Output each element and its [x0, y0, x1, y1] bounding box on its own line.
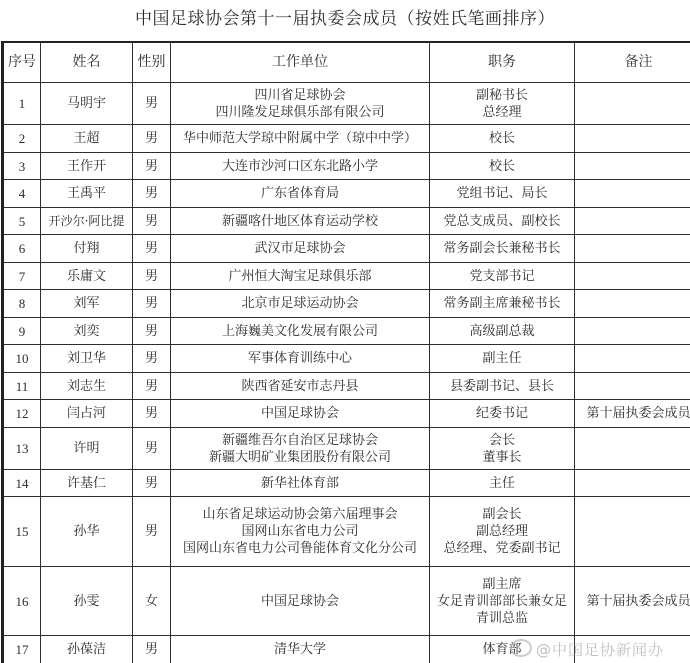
- cell-role: 主任: [430, 470, 575, 497]
- table-row: 14许基仁男新华社体育部主任: [3, 470, 690, 497]
- cell-unit: 广东省体育局: [171, 180, 430, 208]
- cell-unit: 华中师范大学琼中附属中学（琼中中学）: [171, 125, 430, 153]
- cell-role-line: 总经理、党委副书记: [430, 540, 574, 557]
- cell-num: 16: [3, 567, 41, 636]
- cell-num: 7: [3, 263, 41, 290]
- cell-name: 刘志生: [41, 373, 133, 400]
- cell-gender: 男: [133, 497, 171, 567]
- cell-unit-line: 新疆大明矿业集团股份有限公司: [171, 449, 429, 466]
- cell-unit-line: 中国足球协会: [171, 405, 429, 422]
- cell-gender: 男: [133, 153, 171, 180]
- cell-unit-line: 北京市足球运动协会: [171, 295, 429, 312]
- cell-unit: 新疆维吾尔自治区足球协会新疆大明矿业集团股份有限公司: [171, 428, 430, 470]
- cell-role-line: 党总支成员、副校长: [430, 213, 574, 230]
- cell-unit-line: 四川省足球协会: [171, 87, 429, 104]
- cell-unit: 陕西省延安市志丹县: [171, 373, 430, 400]
- cell-name: 刘军: [41, 290, 133, 318]
- cell-role-line: 董事长: [430, 449, 574, 466]
- cell-unit: 上海巍美文化发展有限公司: [171, 318, 430, 345]
- cell-name: 孙雯: [41, 567, 133, 636]
- cell-note: [575, 125, 690, 153]
- cell-unit-line: 清华大学: [171, 641, 429, 658]
- cell-role-line: 副总经理: [430, 523, 574, 540]
- cell-role-line: 副会长: [430, 506, 574, 523]
- cell-role-line: 高级副总裁: [430, 323, 574, 340]
- cell-num: 15: [3, 497, 41, 567]
- cell-role: 校长: [430, 125, 575, 153]
- cell-role-line: 副秘书长: [430, 87, 574, 104]
- cell-name: 王禹平: [41, 180, 133, 208]
- cell-role-line: 常务副会长兼秘书长: [430, 240, 574, 257]
- cell-num: 8: [3, 290, 41, 318]
- cell-note: [575, 263, 690, 290]
- cell-role: 党支部书记: [430, 263, 575, 290]
- table-row: 4王禹平男广东省体育局党组书记、局长: [3, 180, 690, 208]
- table-body: 1马明宇男四川省足球协会四川隆发足球俱乐部有限公司副秘书长总经理2王超男华中师范…: [3, 83, 690, 663]
- cell-note: 第十届执委会成员: [575, 400, 690, 428]
- table-row: 3王作开男大连市沙河口区东北路小学校长: [3, 153, 690, 180]
- header-role: 职务: [430, 42, 575, 83]
- cell-num: 9: [3, 318, 41, 345]
- table-row: 16孙雯女中国足球协会副主席女足青训部部长兼女足青训总监第十届执委会成员: [3, 567, 690, 636]
- cell-gender: 男: [133, 290, 171, 318]
- page-title: 中国足球协会第十一届执委会成员（按姓氏笔画排序）: [0, 4, 690, 29]
- cell-note: [575, 428, 690, 470]
- cell-unit-line: 国网山东省电力公司: [171, 523, 429, 540]
- cell-num: 2: [3, 125, 41, 153]
- cell-note: 第十届执委会成员: [575, 567, 690, 636]
- cell-role: 副秘书长总经理: [430, 83, 575, 125]
- cell-unit: 中国足球协会: [171, 400, 430, 428]
- cell-unit: 清华大学: [171, 636, 430, 663]
- cell-role: 副会长副总经理总经理、党委副书记: [430, 497, 575, 567]
- cell-num: 11: [3, 373, 41, 400]
- cell-unit: 军事体育训练中心: [171, 345, 430, 373]
- cell-role: 副主任: [430, 345, 575, 373]
- cell-gender: 男: [133, 373, 171, 400]
- cell-name: 闫占河: [41, 400, 133, 428]
- header-unit: 工作单位: [171, 42, 430, 83]
- cell-num: 14: [3, 470, 41, 497]
- cell-note: [575, 318, 690, 345]
- header-note: 备注: [575, 42, 690, 83]
- cell-note: [575, 180, 690, 208]
- cell-num: 6: [3, 235, 41, 263]
- cell-unit: 新华社体育部: [171, 470, 430, 497]
- cell-name: 王超: [41, 125, 133, 153]
- table-row: 9刘奕男上海巍美文化发展有限公司高级副总裁: [3, 318, 690, 345]
- cell-role-line: 校长: [430, 130, 574, 147]
- cell-gender: 男: [133, 636, 171, 663]
- cell-gender: 男: [133, 400, 171, 428]
- cell-gender: 男: [133, 263, 171, 290]
- cell-role-line: 副主席: [430, 576, 574, 593]
- cell-num: 4: [3, 180, 41, 208]
- cell-name: 刘奕: [41, 318, 133, 345]
- cell-note: [575, 153, 690, 180]
- cell-unit-line: 广州恒大淘宝足球俱乐部: [171, 268, 429, 285]
- cell-unit-line: 国网山东省电力公司鲁能体育文化分公司: [171, 540, 429, 557]
- table-row: 5开沙尔·阿比提男新疆喀什地区体育运动学校党总支成员、副校长: [3, 208, 690, 235]
- table-row: 6付翔男武汉市足球协会常务副会长兼秘书长: [3, 235, 690, 263]
- cell-num: 13: [3, 428, 41, 470]
- cell-note: [575, 208, 690, 235]
- cell-note: [575, 290, 690, 318]
- cell-unit: 武汉市足球协会: [171, 235, 430, 263]
- header-gender: 性别: [133, 42, 171, 83]
- cell-name: 乐庸文: [41, 263, 133, 290]
- cell-role: 常务副会长兼秘书长: [430, 235, 575, 263]
- cell-name: 王作开: [41, 153, 133, 180]
- cell-gender: 男: [133, 180, 171, 208]
- cell-unit: 中国足球协会: [171, 567, 430, 636]
- cell-note: [575, 345, 690, 373]
- cell-role-line: 主任: [430, 475, 574, 492]
- cell-role: 纪委书记: [430, 400, 575, 428]
- cell-role-line: 会长: [430, 432, 574, 449]
- cell-num: 10: [3, 345, 41, 373]
- cell-unit: 山东省足球运动协会第六届理事会国网山东省电力公司国网山东省电力公司鲁能体育文化分…: [171, 497, 430, 567]
- cell-num: 1: [3, 83, 41, 125]
- cell-unit-line: 军事体育训练中心: [171, 350, 429, 367]
- cell-role: 副主席女足青训部部长兼女足青训总监: [430, 567, 575, 636]
- cell-gender: 男: [133, 318, 171, 345]
- cell-unit: 新疆喀什地区体育运动学校: [171, 208, 430, 235]
- cell-note: [575, 470, 690, 497]
- table-row: 13许明男新疆维吾尔自治区足球协会新疆大明矿业集团股份有限公司会长董事长: [3, 428, 690, 470]
- cell-role-line: 青训总监: [430, 610, 574, 627]
- cell-name: 刘卫华: [41, 345, 133, 373]
- members-table: 序号 姓名 性别 工作单位 职务 备注 1马明宇男四川省足球协会四川隆发足球俱乐…: [1, 41, 690, 663]
- table-row: 8刘军男北京市足球运动协会常务副主席兼秘书长: [3, 290, 690, 318]
- watermark: @中国足协新闻办: [536, 639, 664, 660]
- cell-role: 党总支成员、副校长: [430, 208, 575, 235]
- cell-unit-line: 四川隆发足球俱乐部有限公司: [171, 104, 429, 121]
- cell-unit: 四川省足球协会四川隆发足球俱乐部有限公司: [171, 83, 430, 125]
- cell-role-line: 总经理: [430, 104, 574, 121]
- table-row: 7乐庸文男广州恒大淘宝足球俱乐部党支部书记: [3, 263, 690, 290]
- table-row: 1马明宇男四川省足球协会四川隆发足球俱乐部有限公司副秘书长总经理: [3, 83, 690, 125]
- cell-name: 许明: [41, 428, 133, 470]
- cell-num: 17: [3, 636, 41, 663]
- table-row: 11刘志生男陕西省延安市志丹县县委副书记、县长: [3, 373, 690, 400]
- cell-note: [575, 373, 690, 400]
- table-row: 10刘卫华男军事体育训练中心副主任: [3, 345, 690, 373]
- cell-name: 开沙尔·阿比提: [41, 208, 133, 235]
- cell-gender: 男: [133, 345, 171, 373]
- cell-role-line: 县委副书记、县长: [430, 378, 574, 395]
- table-row: 2王超男华中师范大学琼中附属中学（琼中中学）校长: [3, 125, 690, 153]
- cell-num: 12: [3, 400, 41, 428]
- cell-role: 县委副书记、县长: [430, 373, 575, 400]
- cell-unit: 大连市沙河口区东北路小学: [171, 153, 430, 180]
- cell-note: [575, 83, 690, 125]
- table-header-row: 序号 姓名 性别 工作单位 职务 备注: [3, 42, 690, 83]
- cell-note: [575, 497, 690, 567]
- cell-role-line: 党组书记、局长: [430, 185, 574, 202]
- cell-num: 5: [3, 208, 41, 235]
- table-row: 15孙华男山东省足球运动协会第六届理事会国网山东省电力公司国网山东省电力公司鲁能…: [3, 497, 690, 567]
- cell-unit-line: 华中师范大学琼中附属中学（琼中中学）: [171, 130, 429, 147]
- cell-unit-line: 新疆维吾尔自治区足球协会: [171, 432, 429, 449]
- cell-unit-line: 新疆喀什地区体育运动学校: [171, 213, 429, 230]
- cell-role: 会长董事长: [430, 428, 575, 470]
- cell-role-line: 常务副主席兼秘书长: [430, 295, 574, 312]
- cell-unit-line: 上海巍美文化发展有限公司: [171, 323, 429, 340]
- cell-gender: 女: [133, 567, 171, 636]
- cell-role: 党组书记、局长: [430, 180, 575, 208]
- cell-note: [575, 235, 690, 263]
- cell-unit-line: 广东省体育局: [171, 185, 429, 202]
- cell-gender: 男: [133, 83, 171, 125]
- cell-name: 孙华: [41, 497, 133, 567]
- cell-role-line: 女足青训部部长兼女足: [430, 593, 574, 610]
- cell-gender: 男: [133, 208, 171, 235]
- cell-name: 许基仁: [41, 470, 133, 497]
- cell-name: 付翔: [41, 235, 133, 263]
- cell-unit-line: 中国足球协会: [171, 593, 429, 610]
- cell-unit: 北京市足球运动协会: [171, 290, 430, 318]
- cell-name: 孙葆洁: [41, 636, 133, 663]
- cell-role-line: 纪委书记: [430, 405, 574, 422]
- cell-gender: 男: [133, 470, 171, 497]
- header-num: 序号: [3, 42, 41, 83]
- cell-role-line: 副主任: [430, 350, 574, 367]
- cell-unit: 广州恒大淘宝足球俱乐部: [171, 263, 430, 290]
- cell-unit-line: 新华社体育部: [171, 475, 429, 492]
- cell-unit-line: 陕西省延安市志丹县: [171, 378, 429, 395]
- table-row: 12闫占河男中国足球协会纪委书记第十届执委会成员: [3, 400, 690, 428]
- header-name: 姓名: [41, 42, 133, 83]
- cell-name: 马明宇: [41, 83, 133, 125]
- cell-unit-line: 武汉市足球协会: [171, 240, 429, 257]
- cell-role: 高级副总裁: [430, 318, 575, 345]
- cell-role-line: 党支部书记: [430, 268, 574, 285]
- cell-role-line: 校长: [430, 158, 574, 175]
- weibo-logo-icon: [510, 639, 532, 657]
- cell-role: 常务副主席兼秘书长: [430, 290, 575, 318]
- cell-gender: 男: [133, 428, 171, 470]
- cell-role: 校长: [430, 153, 575, 180]
- cell-unit-line: 大连市沙河口区东北路小学: [171, 158, 429, 175]
- cell-unit-line: 山东省足球运动协会第六届理事会: [171, 506, 429, 523]
- cell-num: 3: [3, 153, 41, 180]
- cell-gender: 男: [133, 235, 171, 263]
- cell-gender: 男: [133, 125, 171, 153]
